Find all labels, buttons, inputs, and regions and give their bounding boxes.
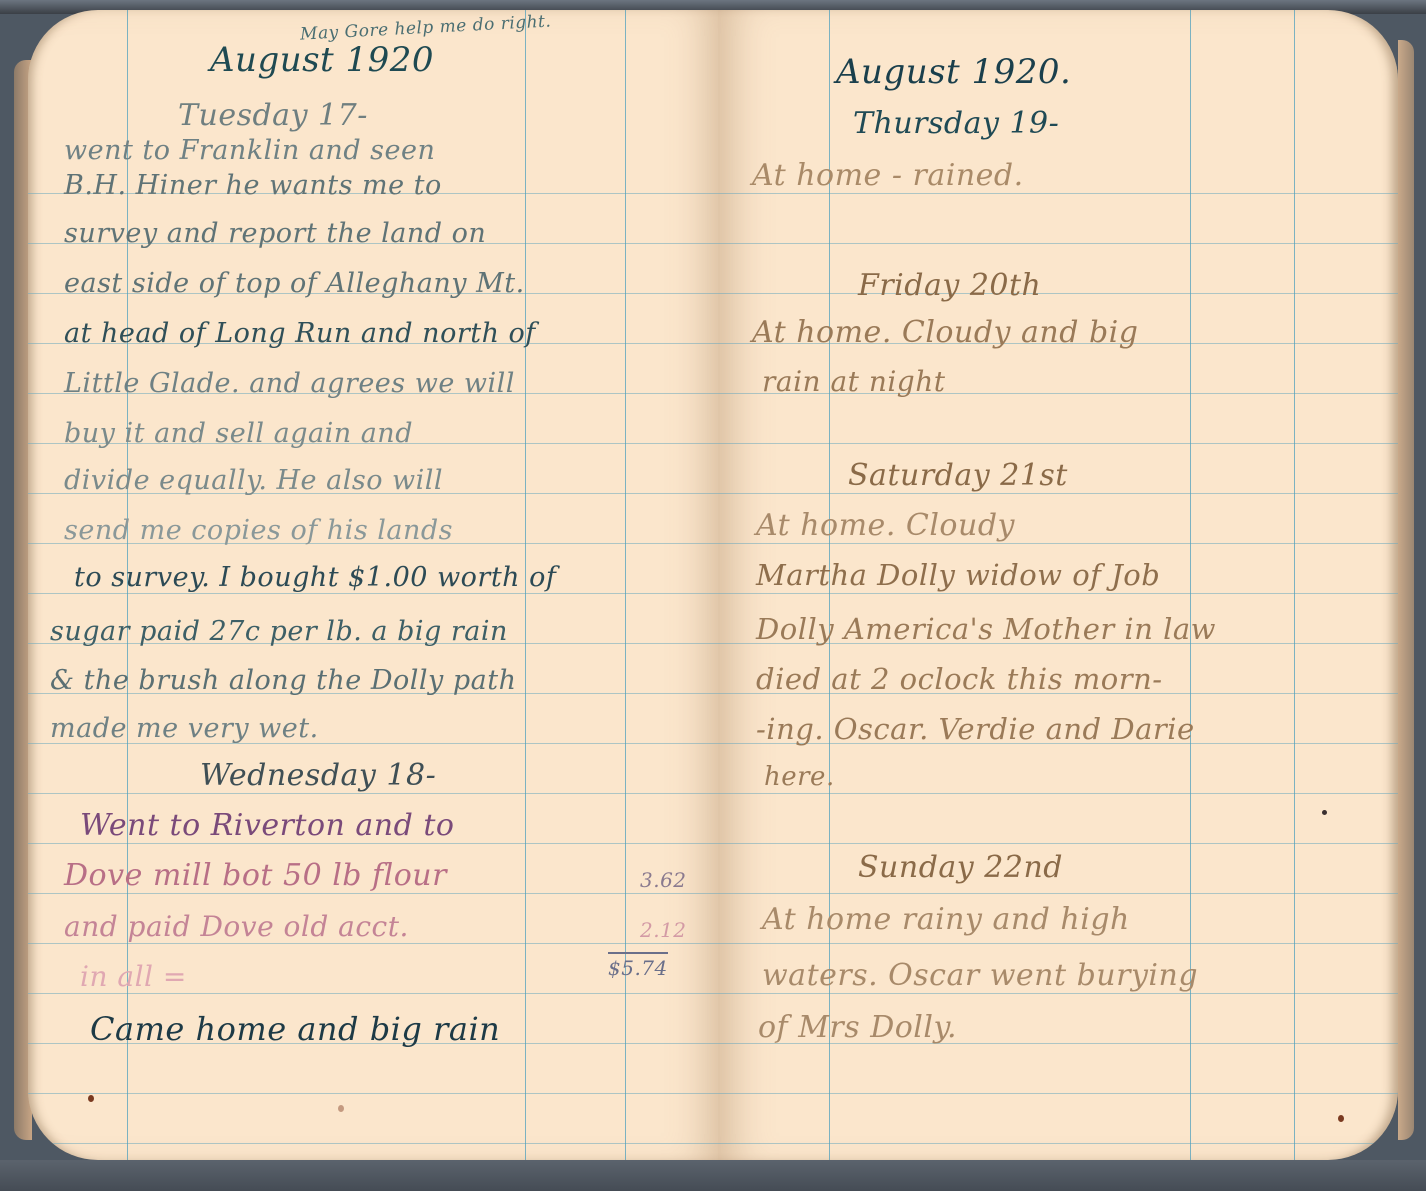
entry-line: to survey. I bought $1.00 worth of: [74, 562, 556, 593]
amount-total: $5.74: [608, 952, 668, 980]
day-heading-saturday: Saturday 21st: [848, 458, 1068, 493]
entry-line: At home. Cloudy: [756, 508, 1015, 543]
entry-line: in all =: [80, 960, 187, 993]
entry-line: & the brush along the Dolly path: [50, 665, 517, 696]
entry-line: Dove mill bot 50 lb flour: [64, 858, 447, 893]
entry-line: At home - rained.: [752, 158, 1024, 193]
entry-line: made me very wet.: [50, 713, 319, 744]
day-heading-tuesday: Tuesday 17-: [178, 98, 368, 133]
day-heading-wednesday: Wednesday 18-: [200, 758, 436, 793]
entry-line: here.: [764, 762, 835, 792]
entry-line: and paid Dove old acct.: [64, 910, 409, 943]
entry-line: sugar paid 27c per lb. a big rain: [50, 616, 508, 647]
day-heading-sunday: Sunday 22nd: [858, 850, 1063, 885]
entry-line: east side of top of Alleghany Mt.: [64, 268, 525, 299]
left-page: May Gore help me do right. August 1920 T…: [28, 10, 718, 1160]
entry-line: Dolly America's Mother in law: [756, 612, 1216, 646]
ink-spot: [1338, 1115, 1344, 1122]
entry-line: Little Glade. and agrees we will: [64, 368, 515, 399]
day-heading-friday: Friday 20th: [858, 268, 1041, 303]
right-page: August 1920. Thursday 19- At home - rain…: [718, 10, 1398, 1160]
entry-line: Martha Dolly widow of Job: [756, 558, 1160, 592]
entry-line: Went to Riverton and to: [80, 808, 454, 843]
entry-line: send me copies of his lands: [64, 515, 453, 546]
entry-line: died at 2 oclock this morn-: [756, 662, 1163, 696]
ink-spot: [88, 1095, 94, 1102]
amount-old-account: 2.12: [640, 918, 687, 942]
entry-line: survey and report the land on: [64, 218, 486, 249]
month-heading: August 1920: [210, 40, 434, 80]
entry-line: rain at night: [762, 365, 946, 398]
entry-line: At home. Cloudy and big: [752, 315, 1138, 350]
entry-line: divide equally. He also will: [64, 465, 443, 496]
entry-line: -ing. Oscar. Verdie and Darie: [756, 712, 1195, 746]
entry-line: went to Franklin and seen: [64, 135, 435, 166]
entry-line: at head of Long Run and north of: [64, 318, 536, 349]
entry-line: waters. Oscar went burying: [762, 958, 1198, 993]
day-heading-thursday: Thursday 19-: [853, 106, 1059, 141]
entry-line: B.H. Hiner he wants me to: [64, 170, 442, 201]
entry-line: At home rainy and high: [762, 902, 1130, 937]
page-stack-edge-right: [1398, 40, 1414, 1140]
month-heading: August 1920.: [836, 52, 1071, 92]
ink-spot: [1322, 810, 1327, 815]
ink-spot: [338, 1105, 344, 1112]
entry-line: of Mrs Dolly.: [758, 1010, 957, 1045]
amount-flour: 3.62: [640, 868, 687, 892]
entry-line: Came home and big rain: [90, 1010, 500, 1048]
notebook-cover-bottom: [0, 1160, 1426, 1191]
entry-line: buy it and sell again and: [64, 418, 413, 449]
